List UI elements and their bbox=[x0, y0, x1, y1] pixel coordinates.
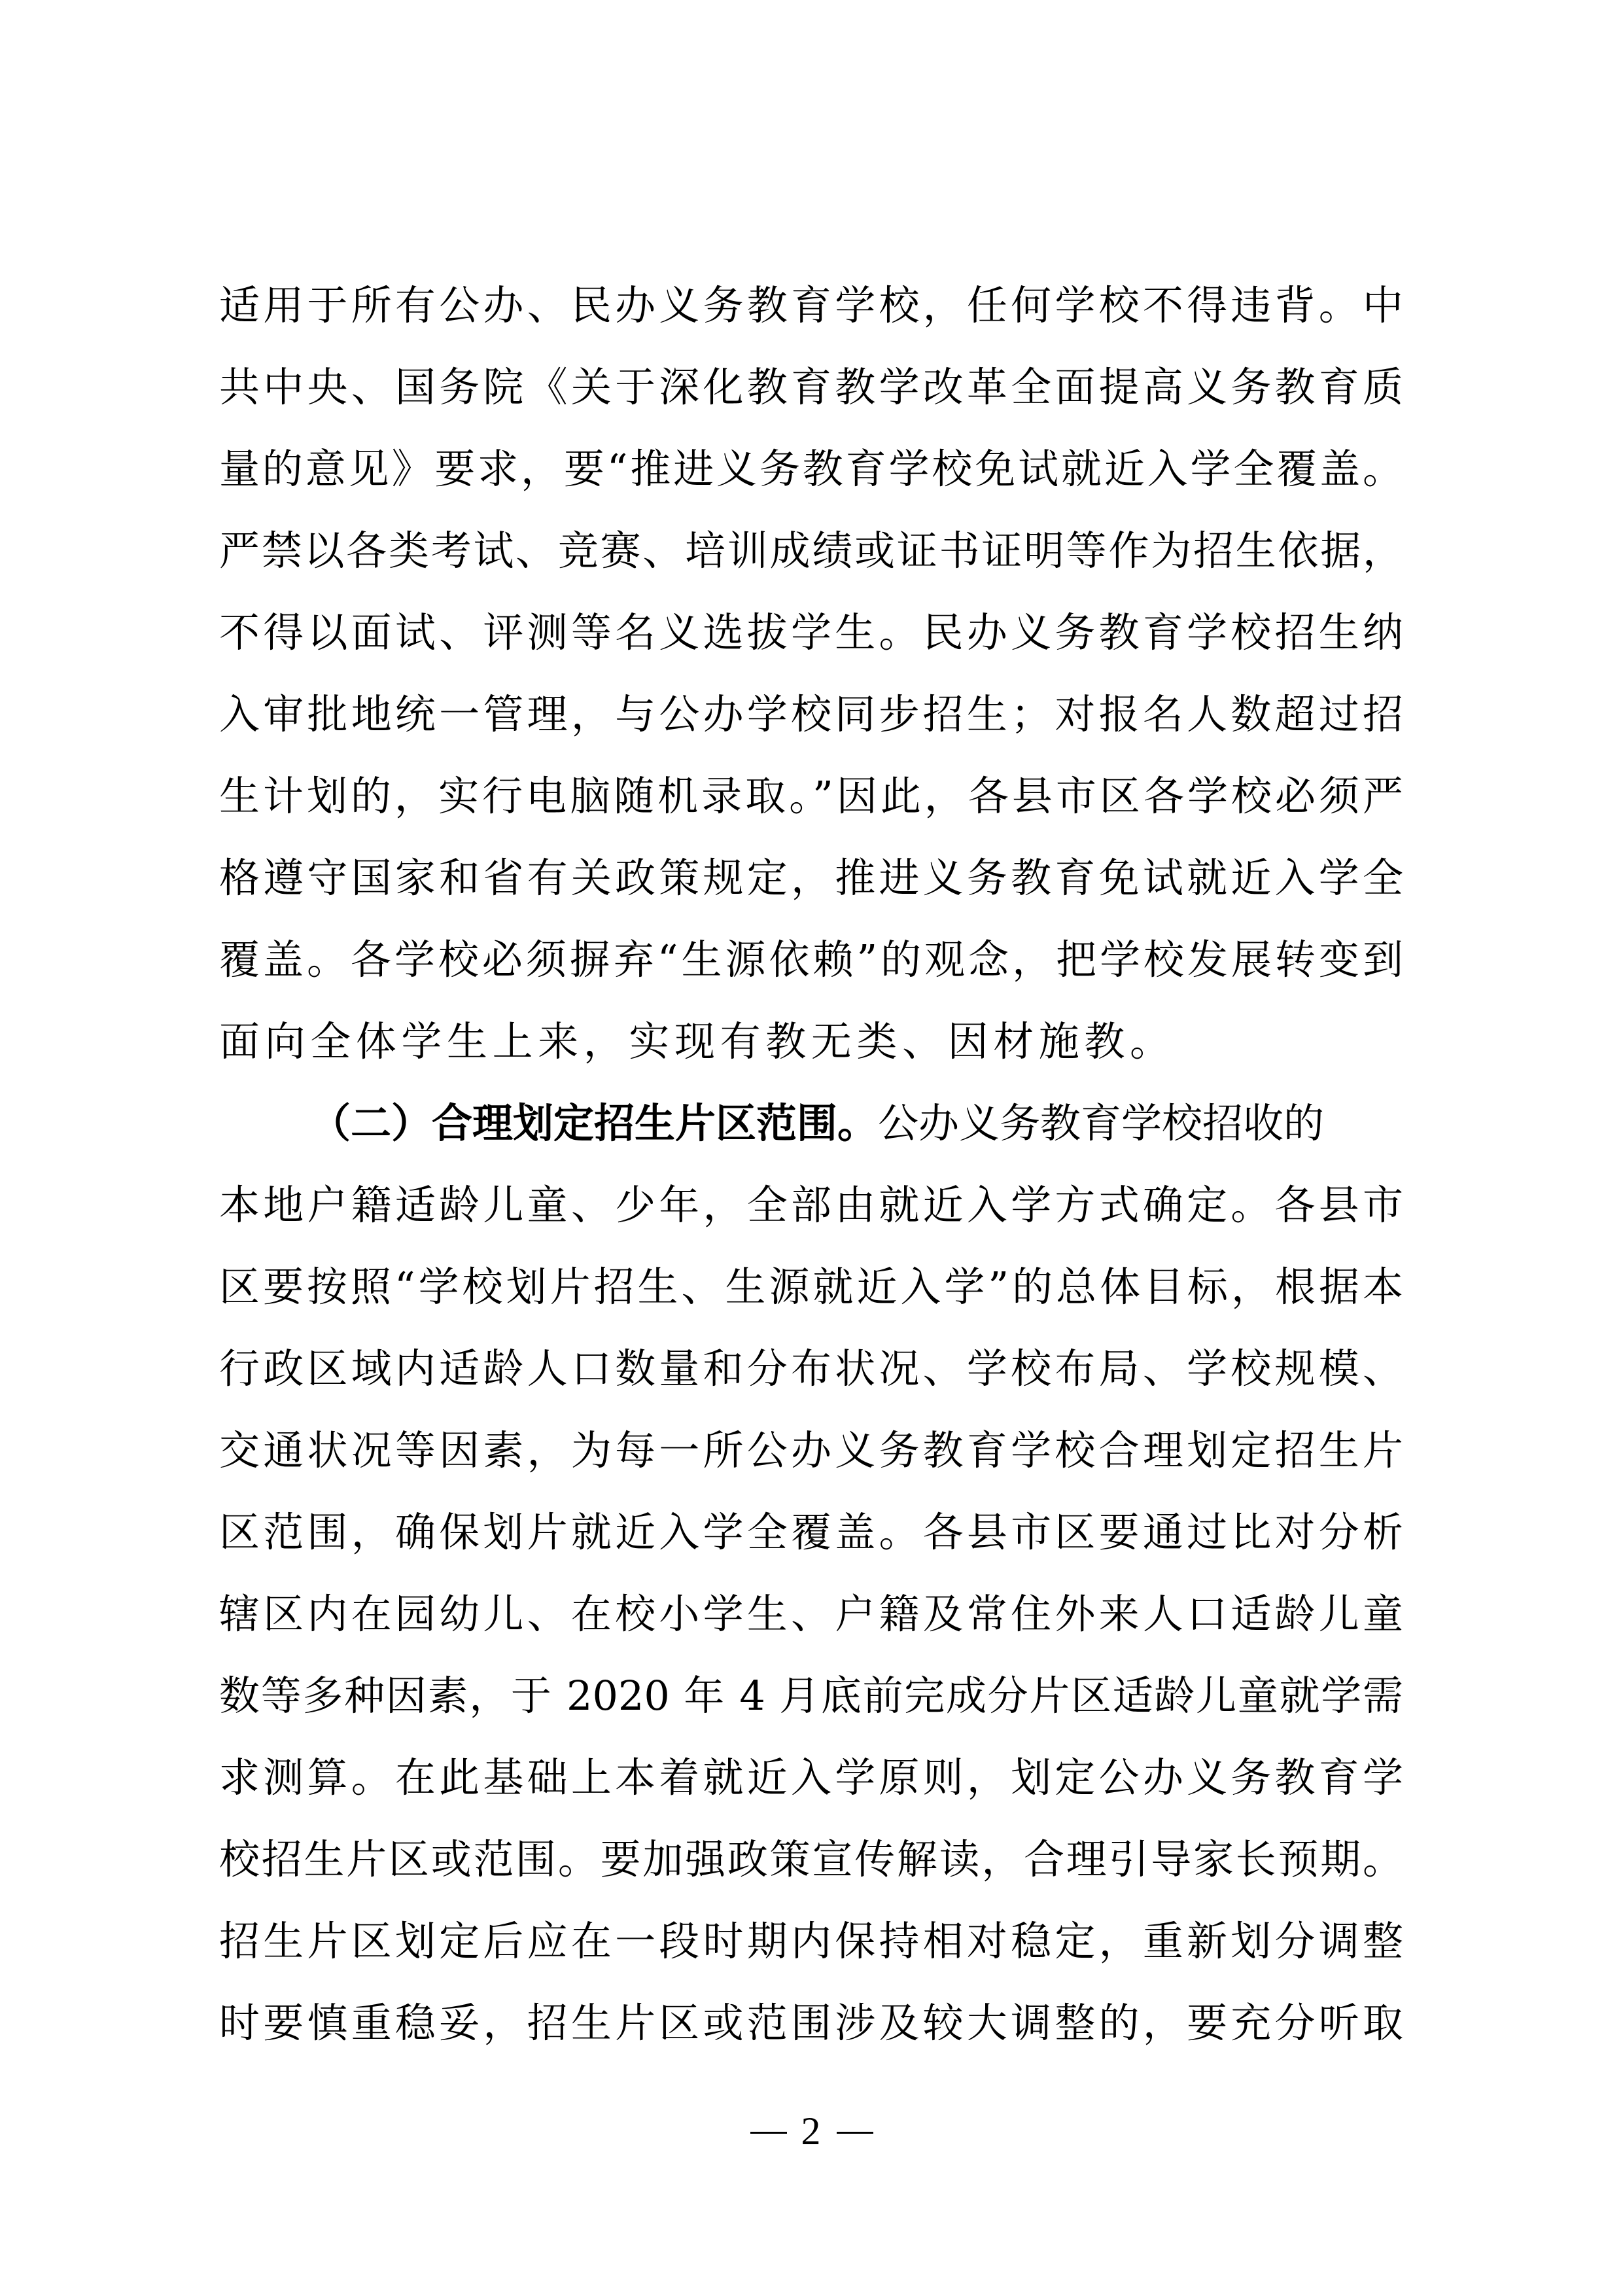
paragraph-2: （二）合理划定招生片区范围。公办义务教育学校招收的 本地户籍适龄儿童、少年，全部… bbox=[219, 1093, 1403, 2074]
page-number-value: 2 bbox=[801, 2110, 822, 2153]
text-line: 校招生片区或范围。要加强政策宣传解读，合理引导家长预期。 bbox=[219, 1829, 1403, 1911]
text-line: 覆盖。各学校必须摒弃“生源依赖”的观念，把学校发展转变到 bbox=[219, 929, 1403, 1011]
paragraph-first-line: （二）合理划定招生片区范围。公办义务教育学校招收的 bbox=[219, 1093, 1403, 1174]
paragraph-1: 适用于所有公办、民办义务教育学校，任何学校不得违背。中 共中央、国务院《关于深化… bbox=[219, 275, 1403, 1093]
text-line: 严禁以各类考试、竞赛、培训成绩或证书证明等作为招生依据， bbox=[219, 520, 1403, 602]
text-line: 不得以面试、评测等名义选拔学生。民办义务教育学校招生纳 bbox=[219, 602, 1403, 684]
dash-right-icon bbox=[837, 2132, 873, 2134]
text-line: 时要慎重稳妥，招生片区或范围涉及较大调整的，要充分听取 bbox=[219, 1992, 1403, 2074]
text-line: 招生片区划定后应在一段时期内保持相对稳定，重新划分调整 bbox=[219, 1911, 1403, 1992]
text-run: 公办义务教育学校招收的 bbox=[878, 1099, 1324, 1147]
text-line: 数等多种因素，于 2020 年 4 月底前完成分片区适龄儿童就学需 bbox=[219, 1665, 1403, 1747]
text-line: 辖区内在园幼儿、在校小学生、户籍及常住外来人口适龄儿童 bbox=[219, 1583, 1403, 1665]
section-heading: （二）合理划定招生片区范围。 bbox=[310, 1099, 878, 1147]
text-line: 共中央、国务院《关于深化教育教学改革全面提高义务教育质 bbox=[219, 357, 1403, 438]
text-line: 行政区域内适龄人口数量和分布状况、学校布局、学校规模、 bbox=[219, 1338, 1403, 1420]
page-number: 2 bbox=[0, 2108, 1623, 2154]
text-line: 格遵守国家和省有关政策规定，推进义务教育免试就近入学全 bbox=[219, 847, 1403, 929]
document-body: 适用于所有公办、民办义务教育学校，任何学校不得违背。中 共中央、国务院《关于深化… bbox=[219, 275, 1403, 2074]
text-line: 生计划的，实行电脑随机录取。”因此，各县市区各学校必须严 bbox=[219, 766, 1403, 847]
text-line: 量的意见》要求，要“推进义务教育学校免试就近入学全覆盖。 bbox=[219, 438, 1403, 520]
text-line: 本地户籍适龄儿童、少年，全部由就近入学方式确定。各县市 bbox=[219, 1174, 1403, 1256]
text-line: 区范围，确保划片就近入学全覆盖。各县市区要通过比对分析 bbox=[219, 1502, 1403, 1583]
text-line: 求测算。在此基础上本着就近入学原则，划定公办义务教育学 bbox=[219, 1747, 1403, 1829]
text-line: 入审批地统一管理，与公办学校同步招生；对报名人数超过招 bbox=[219, 684, 1403, 766]
text-line: 交通状况等因素，为每一所公办义务教育学校合理划定招生片 bbox=[219, 1420, 1403, 1502]
document-page: 适用于所有公办、民办义务教育学校，任何学校不得违背。中 共中央、国务院《关于深化… bbox=[0, 0, 1623, 2296]
text-line: 适用于所有公办、民办义务教育学校，任何学校不得违背。中 bbox=[219, 275, 1403, 357]
dash-left-icon bbox=[750, 2132, 787, 2134]
text-line: 区要按照“学校划片招生、生源就近入学”的总体目标，根据本 bbox=[219, 1256, 1403, 1338]
text-line: 面向全体学生上来，实现有教无类、因材施教。 bbox=[219, 1011, 1403, 1093]
